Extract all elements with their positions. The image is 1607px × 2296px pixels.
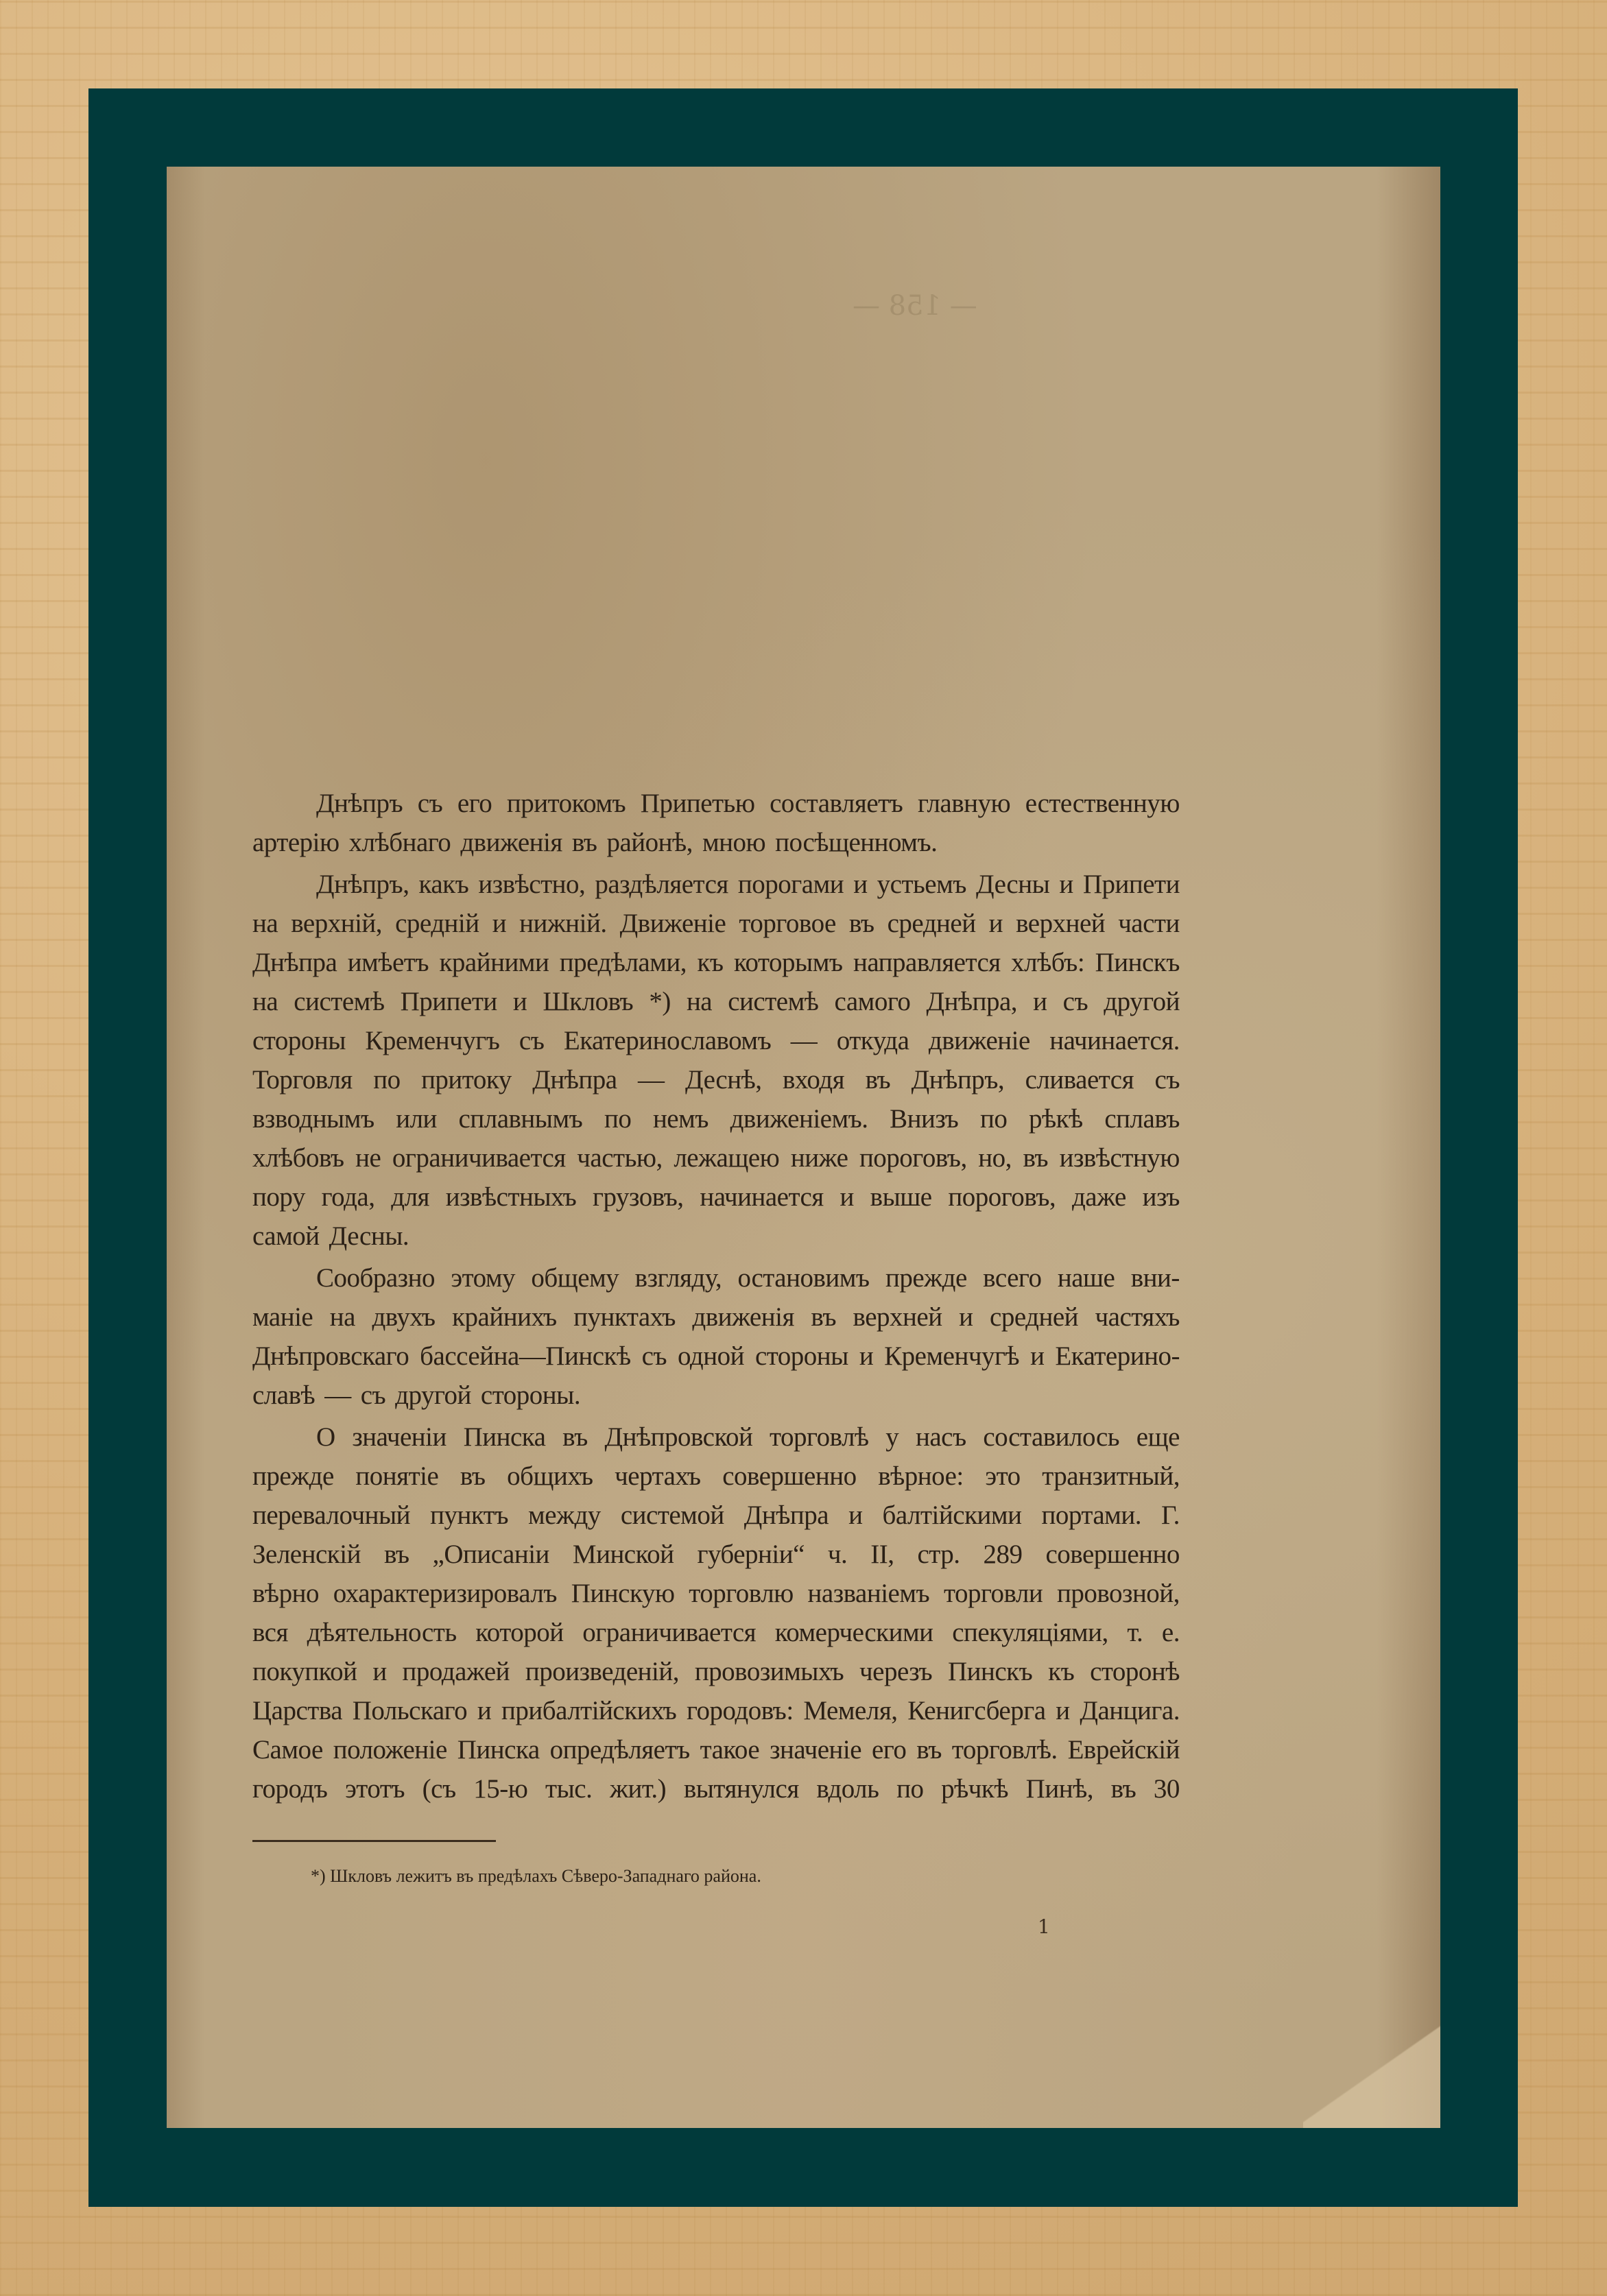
footnote-divider <box>252 1840 496 1842</box>
text-line: Днѣпраимѣетъкрайнимипредѣлами,къкоторымъ… <box>252 943 1180 982</box>
text-line: наверхній,среднійинижній.Движеніеторгово… <box>252 904 1180 943</box>
text-line: ЦарстваПольскагоиприбалтійскихъгородовъ:… <box>252 1691 1180 1730</box>
text-line: маніенадвухъкрайнихъпунктахъдвиженіявъве… <box>252 1298 1180 1337</box>
text-line: поругода,дляизвѣстныхъгрузовъ,начинается… <box>252 1177 1180 1217</box>
folded-page-corner <box>1303 2018 1440 2128</box>
text-line: Днѣпровскагобассейна—Пинскѣсъоднойсторон… <box>252 1337 1180 1376</box>
text-line: самойДесны. <box>252 1217 1180 1256</box>
text-line: преждепонятіевъобщихъчертахъсовершенновѣ… <box>252 1457 1180 1496</box>
text-line: артеріюхлѣбнагодвиженіявърайонѣ,мноюпосѣ… <box>252 823 1180 862</box>
text-line: ОзначеніиПинскавъДнѣпровскойторговлѣунас… <box>252 1418 1180 1457</box>
text-line: славѣ—съдругойстороны. <box>252 1376 1180 1415</box>
signature-mark: 1 <box>1038 1915 1050 1938</box>
body-text: ДнѣпръсъегопритокомъПрипетьюсоставляетъг… <box>252 784 1180 1808</box>
text-line: городъэтотъ(съ15-ютыс.жит.)вытянулсявдол… <box>252 1769 1180 1808</box>
text-line: перевалочныйпунктъмеждусистемойДнѣпраиба… <box>252 1496 1180 1535</box>
text-line: покупкойипродажейпроизведеній,провозимых… <box>252 1652 1180 1691</box>
scanned-page: — 158 — ДнѣпръсъегопритокомъПрипетьюсост… <box>167 167 1440 2128</box>
bleed-through-page-number: — 158 — <box>853 290 977 322</box>
text-line: Сообразноэтомуобщемувзгляду,остановимъпр… <box>252 1258 1180 1298</box>
text-line: ТорговляпопритокуДнѣпра—Деснѣ,входявъДнѣ… <box>252 1060 1180 1099</box>
text-line: ДнѣпръсъегопритокомъПрипетьюсоставляетъг… <box>252 784 1180 823</box>
text-line: насистемѣПрипетииШкловъ*)насистемѣсамого… <box>252 982 1180 1021</box>
text-line: вѣрноохарактеризировалъПинскуюторговлюна… <box>252 1574 1180 1613</box>
footnote: *) Шкловъ лежитъ въ предѣлахъ Сѣверо-Зап… <box>311 1866 761 1887</box>
text-line: всядѣятельностькоторойограничиваетсякоме… <box>252 1613 1180 1652</box>
text-line: стороныКременчугъсъЕкатеринославомъ—отку… <box>252 1021 1180 1060</box>
text-line: Зеленскійвъ„ОписаніиМинскойгуберніи“ч.II… <box>252 1535 1180 1574</box>
text-line: взводнымъилисплавнымъпонемъдвиженіемъ.Вн… <box>252 1099 1180 1138</box>
text-line: СамоеположеніеПинскаопредѣляетътакоезнач… <box>252 1730 1180 1769</box>
text-line: хлѣбовънеограничиваетсячастью,лежащеюниж… <box>252 1138 1180 1177</box>
text-line: Днѣпръ,какъизвѣстно,раздѣляетсяпорогамии… <box>252 865 1180 904</box>
